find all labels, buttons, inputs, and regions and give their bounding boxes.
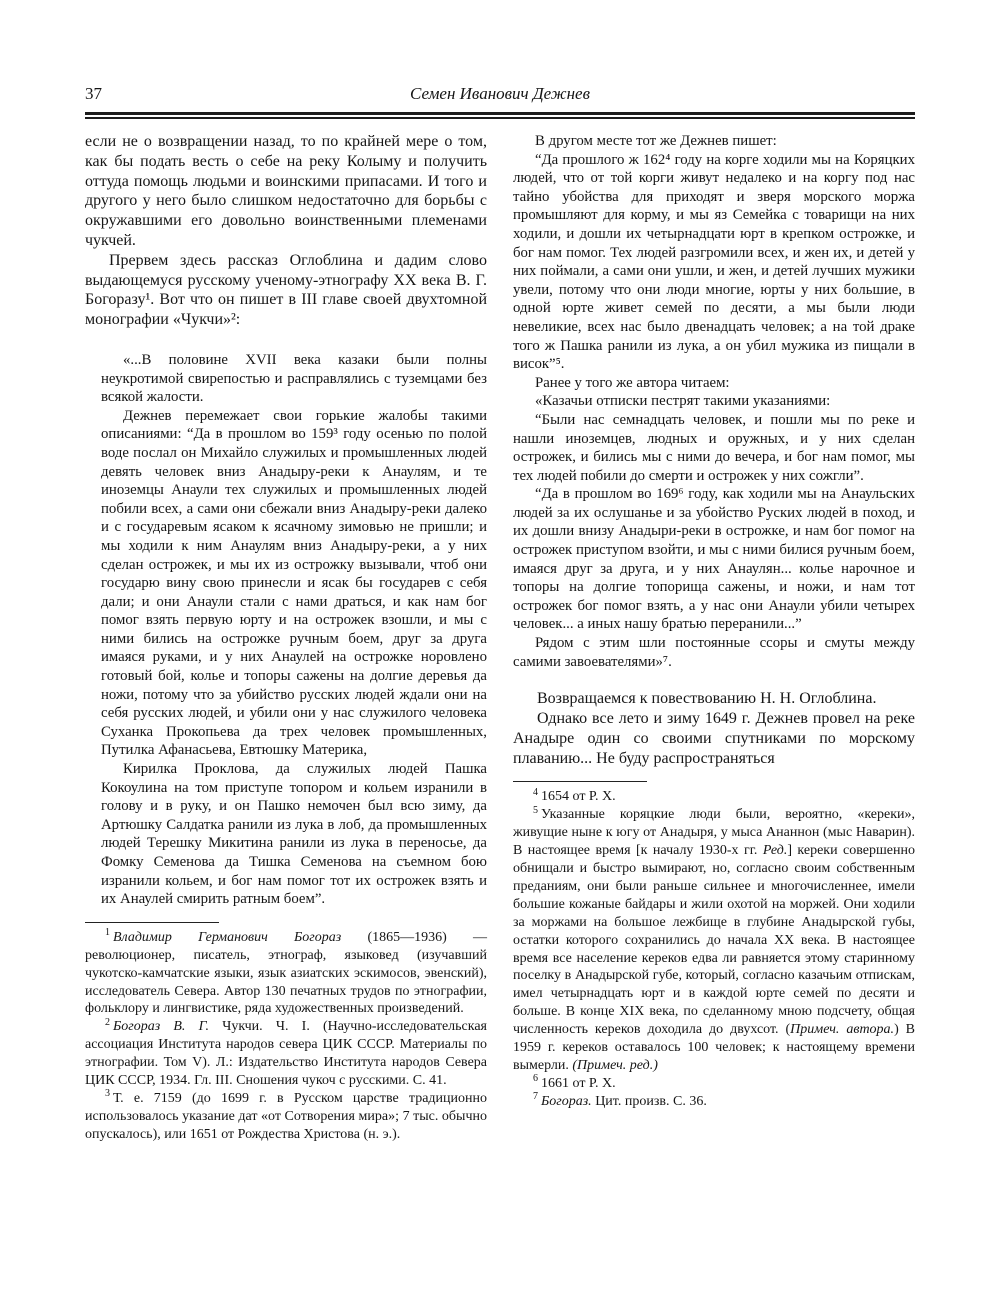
footnote-marker: 3	[105, 1088, 110, 1099]
paragraph: В другом месте тот же Дежнев пишет:	[513, 132, 915, 151]
footnote-marker: 1	[105, 927, 110, 938]
footnote-italic-text: Примеч. автора.	[790, 1022, 894, 1037]
paragraph: Дежнев перемежает свои горькие жалобы та…	[101, 407, 487, 760]
paragraph: «...В половине XVII века казаки были пол…	[101, 351, 487, 407]
paragraph: Ранее у того же автора читаем:	[513, 374, 915, 393]
footnote: 1Владимир Германович Богораз (1865—1936)…	[85, 929, 487, 1019]
footnote-marker: 2	[105, 1017, 110, 1028]
paragraph: Кирилка Проклова, да служилых людей Пашк…	[101, 760, 487, 909]
page-header: 37 Семен Иванович Дежнев	[85, 0, 915, 112]
right-footnotes: 41654 от Р. Х.5Указанные коряцкие люди б…	[513, 788, 915, 1110]
right-quote-block: В другом месте тот же Дежнев пишет:“Да п…	[513, 132, 915, 671]
paragraph: если не о возвращении назад, то по крайн…	[85, 132, 487, 251]
paragraph: «Казачьи отписки пестрят такими указания…	[513, 392, 915, 411]
footnote-marker: 6	[533, 1073, 538, 1084]
footnote: 61661 от Р. Х.	[513, 1075, 915, 1093]
footnote-text: 1654 от Р. Х.	[541, 789, 616, 804]
footnote-marker: 5	[533, 805, 538, 816]
footnote: 3Т. е. 7159 (до 1699 г. в Русском царств…	[85, 1090, 487, 1144]
paragraph: Однако все лето и зиму 1649 г. Дежнев пр…	[513, 709, 915, 768]
paragraph: “Да в прошлом во 169⁶ году, как ходили м…	[513, 485, 915, 634]
left-column: если не о возвращении назад, то по крайн…	[85, 132, 487, 1144]
paragraph: Возвращаемся к повествованию Н. Н. Оглоб…	[513, 689, 915, 709]
footnote-italic-text: Ред.	[763, 843, 788, 858]
footnote-italic-text: Богораз В. Г.	[113, 1019, 209, 1034]
footnote-text: 1661 от Р. Х.	[541, 1076, 616, 1091]
footnote: 41654 от Р. Х.	[513, 788, 915, 806]
footnote-text: ] кереки совершенно обнищали и быстро вы…	[513, 843, 915, 1037]
right-column: В другом месте тот же Дежнев пишет:“Да п…	[513, 132, 915, 1111]
footnote-italic-text: Богораз.	[541, 1094, 592, 1109]
footnote: 2Богораз В. Г. Чукчи. Ч. I. (Научно-иссл…	[85, 1018, 487, 1090]
running-title: Семен Иванович Дежнев	[85, 84, 915, 104]
paragraph: “Были нас семнадцать человек, и пошли мы…	[513, 411, 915, 485]
right-main-text: Возвращаемся к повествованию Н. Н. Оглоб…	[513, 689, 915, 768]
text-columns: если не о возвращении назад, то по крайн…	[85, 132, 915, 1292]
left-main-text: если не о возвращении назад, то по крайн…	[85, 132, 487, 330]
paragraph: Рядом с этим шли постоянные ссоры и смут…	[513, 634, 915, 671]
footnote-marker: 7	[533, 1091, 538, 1102]
header-double-rule	[85, 112, 915, 119]
footnote-separator-left	[85, 922, 219, 923]
paragraph: “Да прошлого ж 162⁴ году на корге ходили…	[513, 151, 915, 374]
book-page: 37 Семен Иванович Дежнев если не о возвр…	[0, 0, 1000, 1312]
paragraph: Прервем здесь рассказ Оглоблина и дадим …	[85, 251, 487, 330]
footnote: 7Богораз. Цит. произв. С. 36.	[513, 1093, 915, 1111]
footnote-text: Цит. произв. С. 36.	[592, 1094, 707, 1109]
left-footnotes: 1Владимир Германович Богораз (1865—1936)…	[85, 929, 487, 1144]
footnote-separator-right	[513, 781, 647, 782]
footnote-italic-text: (Примеч. ред.)	[572, 1058, 658, 1073]
footnote: 5Указанные коряцкие люди были, вероятно,…	[513, 806, 915, 1075]
footnote-italic-text: Владимир Германович Богораз	[113, 930, 341, 945]
footnote-marker: 4	[533, 787, 538, 798]
footnote-text: Т. е. 7159 (до 1699 г. в Русском царстве…	[85, 1091, 487, 1142]
left-quote-block: «...В половине XVII века казаки были пол…	[85, 351, 487, 909]
